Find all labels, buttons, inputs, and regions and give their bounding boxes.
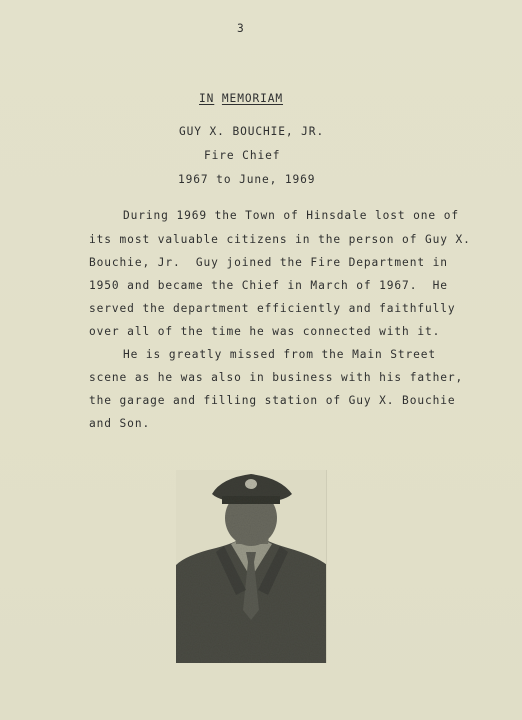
- paragraph-line: over all of the time he was connected wi…: [89, 325, 440, 339]
- paragraph-line: He is greatly missed from the Main Stree…: [123, 348, 436, 362]
- subject-title: Fire Chief: [204, 149, 280, 163]
- subject-name: GUY X. BOUCHIE, JR.: [179, 125, 324, 139]
- subject-tenure: 1967 to June, 1969: [178, 173, 315, 187]
- portrait-photo: [176, 470, 327, 663]
- heading-word-in: IN: [199, 92, 214, 105]
- paragraph-line: and Son.: [89, 417, 150, 431]
- paragraph-line: 1950 and became the Chief in March of 19…: [89, 279, 448, 293]
- paragraph-line: Bouchie, Jr. Guy joined the Fire Departm…: [89, 256, 448, 270]
- document-page: 3 IN MEMORIAM GUY X. BOUCHIE, JR. Fire C…: [0, 0, 522, 720]
- paragraph-line: scene as he was also in business with hi…: [89, 371, 463, 385]
- paragraph-line: the garage and filling station of Guy X.…: [89, 394, 456, 408]
- heading-word-memoriam: MEMORIAM: [222, 92, 283, 105]
- paragraph-line: its most valuable citizens in the person…: [89, 233, 471, 247]
- paragraph-line: During 1969 the Town of Hinsdale lost on…: [123, 209, 459, 223]
- portrait-image: [176, 470, 327, 663]
- memoriam-heading: IN MEMORIAM: [199, 92, 283, 106]
- page-number: 3: [237, 22, 245, 36]
- paragraph-line: served the department efficiently and fa…: [89, 302, 456, 316]
